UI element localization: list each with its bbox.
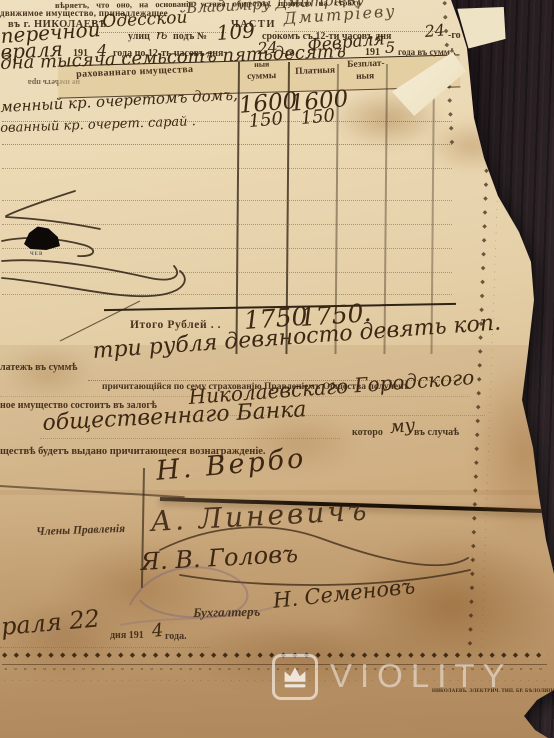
street-char-hand: ѣ <box>156 29 167 42</box>
document-paper: вѣряетъ, что оно, на основаніи устава об… <box>0 0 554 738</box>
hole-stamp-text: ЧЕВ <box>30 252 43 257</box>
table-row-rule <box>2 144 452 145</box>
date-dny-label: дня 191 <box>110 631 144 641</box>
date-year-hand: 4 <box>151 622 164 641</box>
photo-of-insurance-document: вѣряетъ, что оно, на основаніи устава об… <box>0 0 554 738</box>
violity-watermark-badge <box>272 654 318 700</box>
go-suffix: -го <box>448 31 461 41</box>
dotted-rule <box>40 438 340 439</box>
accountant-label: Бухгалтеръ <box>193 605 260 619</box>
district-handwriting: Одесской <box>102 10 188 31</box>
total-label: Итого Рублей . . <box>130 320 221 332</box>
table-row-sum: 150 <box>248 110 284 131</box>
date-year-label: года. <box>165 632 187 642</box>
house-number-hand: 109 <box>216 20 255 43</box>
pledge-whom-label1: которо <box>352 428 383 438</box>
pledge-whom-hand: му <box>389 417 416 437</box>
table-col3-header: Платныя <box>295 67 335 78</box>
dotted-rule <box>0 647 210 648</box>
table-row-rule <box>2 168 452 169</box>
table-row-desc: менный кр. очеретомъ домъ, <box>0 88 238 115</box>
year2-hand: 5 <box>385 40 395 56</box>
number-label: подъ № <box>173 32 207 42</box>
table-col4-header-bottom: ныя <box>356 72 374 82</box>
stain <box>425 118 520 173</box>
table-row-paid: 150 <box>300 107 336 128</box>
pencil-scribble <box>110 545 290 635</box>
table-col2-header: суммы <box>247 72 276 83</box>
violity-crown-icon <box>279 661 311 693</box>
table-col4-header-top: Безплат- <box>347 60 385 71</box>
payment-label: латежъ въ суммѣ <box>0 363 77 373</box>
violity-watermark-text: VIOLITY <box>330 657 513 695</box>
paper-wrap: вѣряетъ, что оно, на основаніи устава об… <box>0 0 554 738</box>
pledge-whom-label2: въ случаѣ <box>414 428 459 438</box>
table-row-desc: ованный кр. очерет. сарай . <box>0 115 196 135</box>
street-label: улиц <box>128 32 150 42</box>
